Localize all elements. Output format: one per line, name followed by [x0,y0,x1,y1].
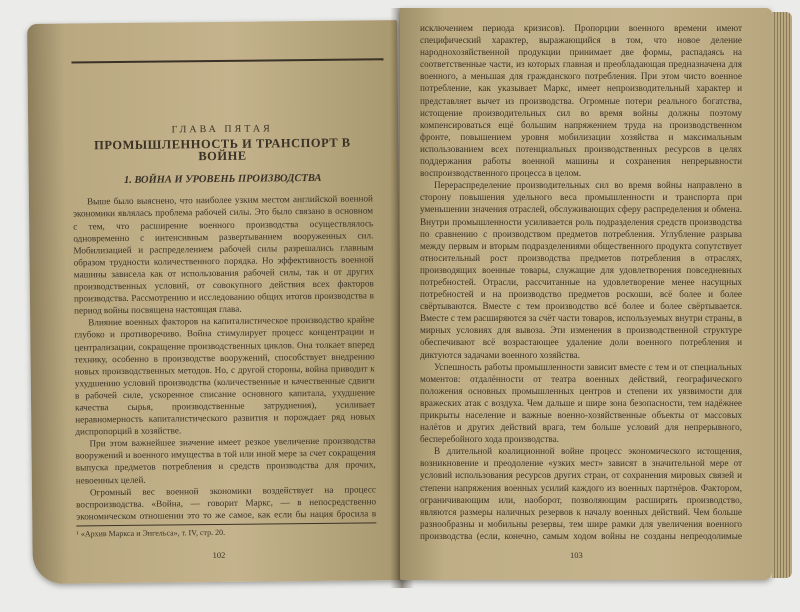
paragraph: В длительной коалиционной войне процесс … [420,445,742,542]
paragraph: Влияние военных факторов на капиталистич… [74,314,375,438]
page-edges [772,12,792,578]
chapter-title: ПРОМЫШЛЕННОСТЬ И ТРАНСПОРТ В ВОЙНЕ [72,136,372,163]
right-page-body: исключением периода кризисов). Пропорции… [420,22,742,542]
left-page: ГЛАВА ПЯТАЯ ПРОМЫШЛЕННОСТЬ И ТРАНСПОРТ В… [27,20,403,584]
footnote: ¹ «Архив Маркса и Энгельса», т. IV, стр.… [76,522,376,538]
left-page-body: ГЛАВА ПЯТАЯ ПРОМЫШЛЕННОСТЬ И ТРАНСПОРТ В… [72,80,377,523]
paragraph: Успешность работы промышленности зависит… [420,361,742,446]
paragraph: Огромный вес военной экономики воздейств… [76,483,376,524]
paragraph: Выше было выяснено, что наиболее узким м… [73,193,374,317]
open-book: ГЛАВА ПЯТАЯ ПРОМЫШЛЕННОСТЬ И ТРАНСПОРТ В… [30,8,800,588]
section-title: 1. ВОЙНА И УРОВЕНЬ ПРОИЗВОДСТВА [73,173,373,188]
paragraph: исключением периода кризисов). Пропорции… [420,22,742,179]
paragraph: При этом важнейшее значение имеет резкое… [75,435,375,487]
page-number: 102 [213,550,226,560]
page-number: 103 [570,550,583,560]
header-rule [71,58,383,63]
paragraph: Перераспределение производительных сил в… [420,179,742,360]
right-page: исключением периода кризисов). Пропорции… [400,8,772,580]
